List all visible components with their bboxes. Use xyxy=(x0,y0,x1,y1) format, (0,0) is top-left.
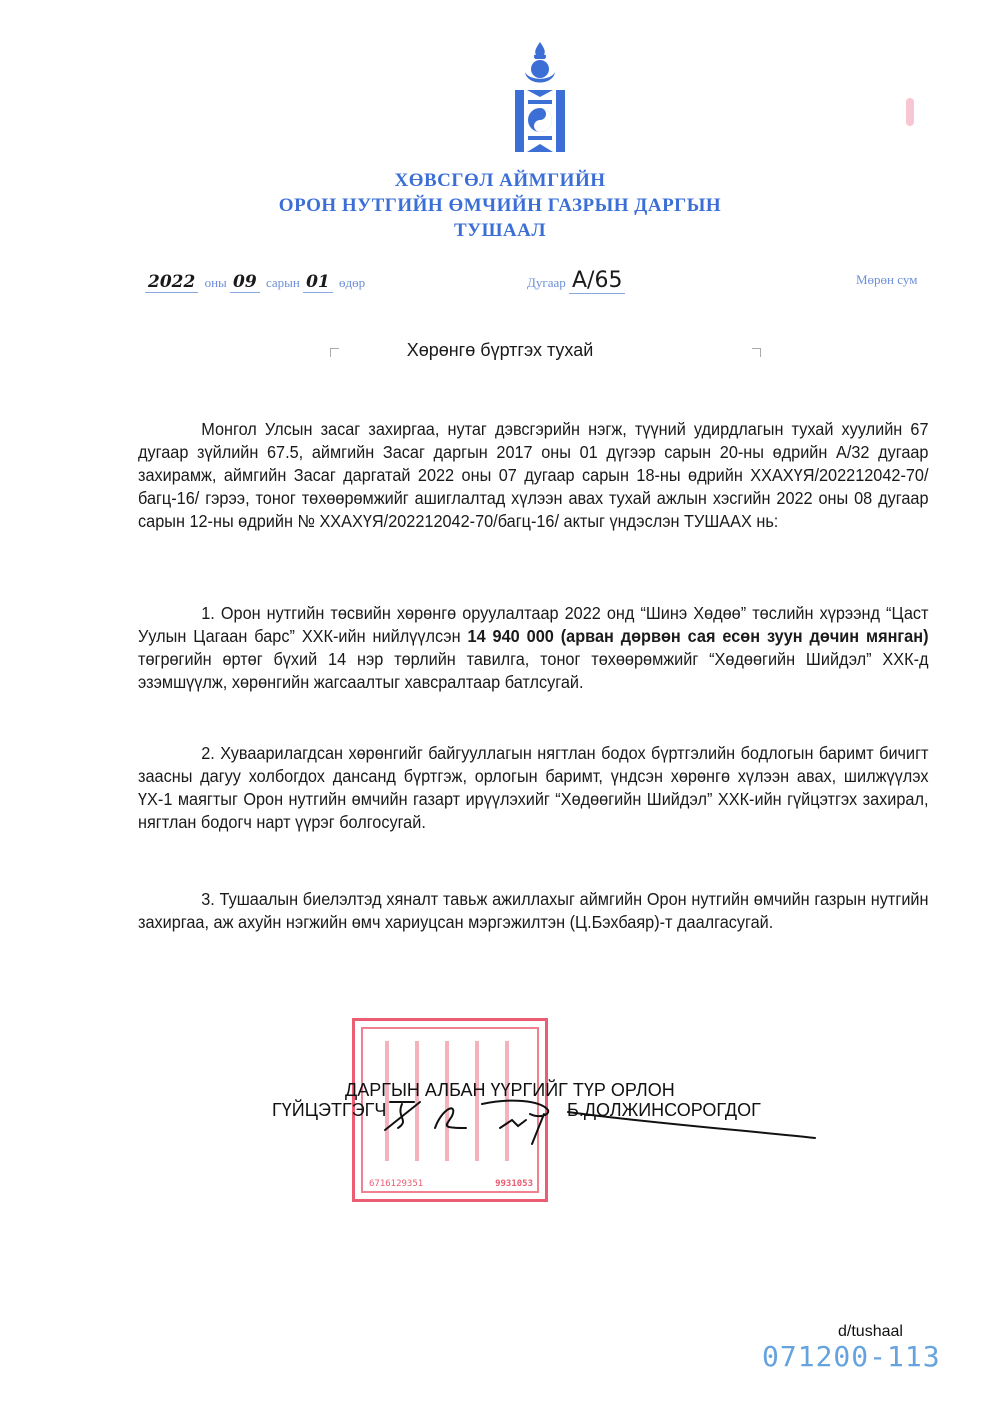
stamp-right-number: 9931053 xyxy=(495,1179,533,1189)
header-doc-type: ТУШААЛ xyxy=(0,218,1000,243)
date-year: 2022 xyxy=(145,272,198,293)
document-code: d/tushaal xyxy=(838,1323,903,1341)
preamble-paragraph: Монгол Улсын засаг захиргаа, нутаг дэвсг… xyxy=(138,418,929,533)
subject-title: Хөрөнгө бүртгэх тухай xyxy=(0,340,1000,361)
red-ink-mark xyxy=(906,98,914,126)
serial-number-stamp: 071200-113 xyxy=(762,1340,941,1373)
date-line: 2022 оны 09 сарын 01 өдөр xyxy=(145,272,365,293)
item-1-amount: 14 940 000 (арван дөрвөн сая есөн зуун д… xyxy=(468,626,929,646)
date-day: 01 xyxy=(303,272,333,293)
preamble-text: Монгол Улсын засаг захиргаа, нутаг дэвсг… xyxy=(138,419,929,531)
order-number: Дугаар A/65 xyxy=(527,268,628,294)
item-1-paragraph: 1. Орон нутгийн төсвийн хөрөнгө оруулалт… xyxy=(138,602,929,694)
header-department: ОРОН НУТГИЙН ӨМЧИЙН ГАЗРЫН ДАРГЫН xyxy=(0,193,1000,218)
handwritten-signature xyxy=(380,1098,820,1153)
document-header: ХӨВСГӨЛ АЙМГИЙН ОРОН НУТГИЙН ӨМЧИЙН ГАЗР… xyxy=(0,168,1000,243)
item-2-text: 2. Хуваарилагдсан хөрөнгийг байгууллагын… xyxy=(138,743,929,832)
item-3-text: 3. Тушаалын биелэлтэд хяналт тавьж ажилл… xyxy=(138,889,929,932)
signatory-title-line2: ГҮЙЦЭТГЭГЧ xyxy=(272,1100,386,1121)
month-label: сарын xyxy=(266,275,300,290)
place: Мөрөн сум xyxy=(856,272,917,288)
number-label: Дугаар xyxy=(527,275,566,290)
date-month: 09 xyxy=(230,272,260,293)
item-2-paragraph: 2. Хуваарилагдсан хөрөнгийг байгууллагын… xyxy=(138,742,929,834)
header-aimag: ХӨВСГӨЛ АЙМГИЙН xyxy=(0,168,1000,193)
number-value: A/65 xyxy=(569,268,625,294)
item-3-paragraph: 3. Тушаалын биелэлтэд хяналт тавьж ажилл… xyxy=(138,888,929,934)
stamp-left-number: 6716129351 xyxy=(369,1179,423,1189)
day-label: өдөр xyxy=(339,275,365,290)
item-1-text-end: төгрөгийн өртөг бүхий 14 нэр төрлийн тав… xyxy=(138,649,929,692)
year-label: оны xyxy=(205,275,227,290)
soyombo-emblem-icon xyxy=(505,40,575,160)
